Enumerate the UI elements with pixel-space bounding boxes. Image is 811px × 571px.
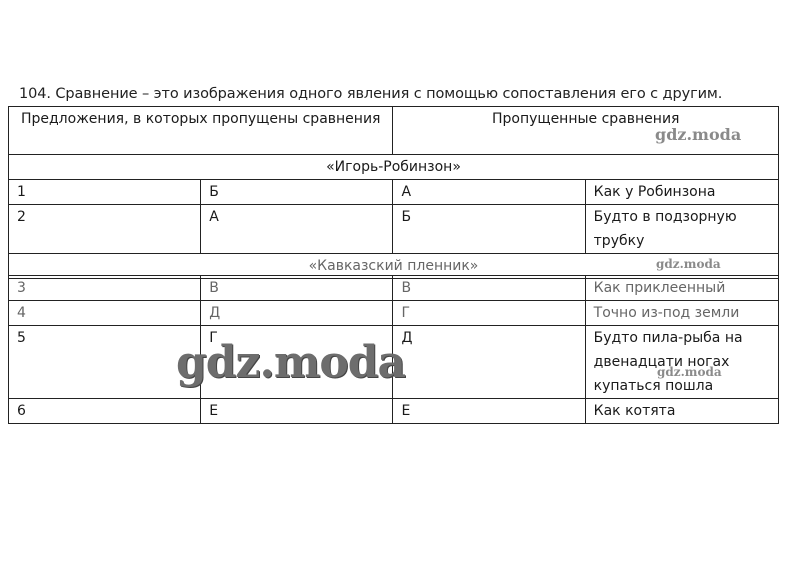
comparison-text: Как приклеенный: [585, 276, 778, 301]
sentence-letter: А: [201, 205, 393, 254]
row-number: 6: [9, 399, 201, 424]
table-row: 3 В В Как приклеенный: [9, 276, 779, 301]
comparison-text: Точно из-под земли: [585, 301, 778, 326]
header-sentences: Предложения, в которых пропущены сравнен…: [9, 107, 393, 155]
table-row: 1 Б А Как у Робинзона: [9, 180, 779, 205]
answers-table-bottom: 3 В В Как приклеенный 4 Д Г Точно из-под…: [8, 275, 779, 424]
table-row: 5 Г Д Будто пила-рыба на двенадцати нога…: [9, 326, 779, 399]
sentence-letter: Д: [201, 301, 393, 326]
comparison-letter: А: [393, 180, 585, 205]
comparison-letter: Е: [393, 399, 585, 424]
section-row: «Игорь-Робинзон»: [9, 155, 779, 180]
task-title: 104. Сравнение – это изображения одного …: [19, 86, 722, 102]
comparison-text: Будто в подзорную трубку: [585, 205, 778, 254]
row-number: 4: [9, 301, 201, 326]
comparison-text: Как котята: [585, 399, 778, 424]
comparison-text: Будто пила-рыба на двенадцати ногах купа…: [585, 326, 778, 399]
comparison-text: Как у Робинзона: [585, 180, 778, 205]
header-comparisons: Пропущенные сравнения: [393, 107, 779, 155]
sentence-letter: Б: [201, 180, 393, 205]
section-title-igor: «Игорь-Робинзон»: [9, 155, 779, 180]
comparison-letter: Г: [393, 301, 585, 326]
comparison-letter: Д: [393, 326, 585, 399]
sentence-letter: Г: [201, 326, 393, 399]
answers-table-top: Предложения, в которых пропущены сравнен…: [8, 106, 779, 279]
row-number: 1: [9, 180, 201, 205]
table-row: 2 А Б Будто в подзорную трубку: [9, 205, 779, 254]
sentence-letter: В: [201, 276, 393, 301]
sentence-letter: Е: [201, 399, 393, 424]
table-row: 6 Е Е Как котята: [9, 399, 779, 424]
row-number: 2: [9, 205, 201, 254]
comparison-letter: В: [393, 276, 585, 301]
table-row: 4 Д Г Точно из-под земли: [9, 301, 779, 326]
comparison-letter: Б: [393, 205, 585, 254]
table-header-row: Предложения, в которых пропущены сравнен…: [9, 107, 779, 155]
row-number: 5: [9, 326, 201, 399]
row-number: 3: [9, 276, 201, 301]
